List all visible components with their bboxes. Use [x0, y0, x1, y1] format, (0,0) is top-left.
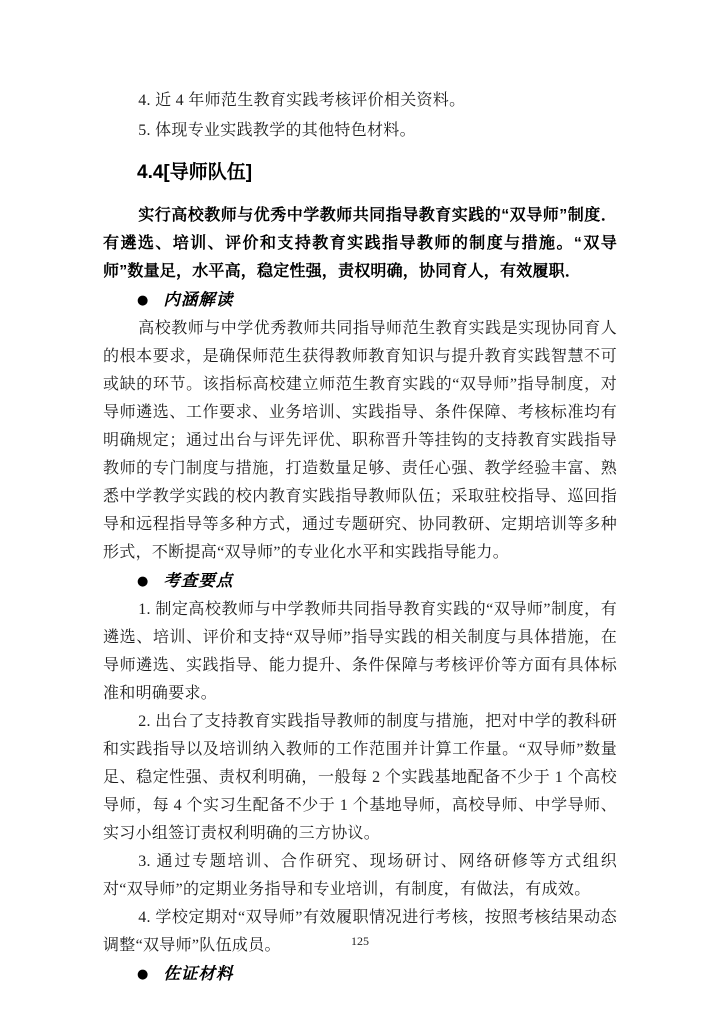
bullet-header-evidence: ●佐证材料: [103, 960, 617, 989]
list-item-5: 5. 体现专业实践教学的其他特色材料。: [103, 116, 617, 146]
bullet-icon: ●: [137, 287, 148, 315]
bullet-icon: ●: [137, 961, 148, 989]
bullet-header-connotation: ●内涵解读: [103, 286, 617, 315]
key-point-item: 2. 出台了支持教育实践指导教师的制度与措施，把对中学的教科研和实践指导以及培训…: [103, 708, 617, 848]
bullet-icon: ●: [137, 568, 148, 596]
bullet-header-label: 考查要点: [163, 571, 233, 590]
key-point-item: 4. 学校定期对“双导师”有效履职情况进行考核，按照考核结果动态调整“双导师”队…: [103, 904, 617, 960]
list-item-4: 4. 近 4 年师范生教育实践考核评价相关资料。: [103, 86, 617, 116]
bullet-header-label: 佐证材料: [163, 964, 233, 983]
document-page: 4. 近 4 年师范生教育实践考核评价相关资料。 5. 体现专业实践教学的其他特…: [0, 0, 720, 1018]
key-point-item: 3. 通过专题培训、合作研究、现场研讨、网络研修等方式组织对“双导师”的定期业务…: [103, 848, 617, 904]
bullet-header-key-points: ●考查要点: [103, 567, 617, 596]
section-summary: 实行高校教师与优秀中学教师共同指导教育实践的“双导师”制度．有遴选、培训、评价和…: [103, 202, 617, 286]
page-content: 4. 近 4 年师范生教育实践考核评价相关资料。 5. 体现专业实践教学的其他特…: [103, 86, 617, 989]
connotation-body: 高校教师与中学优秀教师共同指导师范生教育实践是实现协同育人的根本要求，是确保师范…: [103, 315, 617, 567]
page-number: 125: [0, 934, 720, 948]
section-heading: 4.4[导师队伍]: [103, 159, 617, 187]
bullet-header-label: 内涵解读: [163, 290, 233, 309]
key-point-item: 1. 制定高校教师与中学教师共同指导教育实践的“双导师”制度，有遴选、培训、评价…: [103, 596, 617, 708]
